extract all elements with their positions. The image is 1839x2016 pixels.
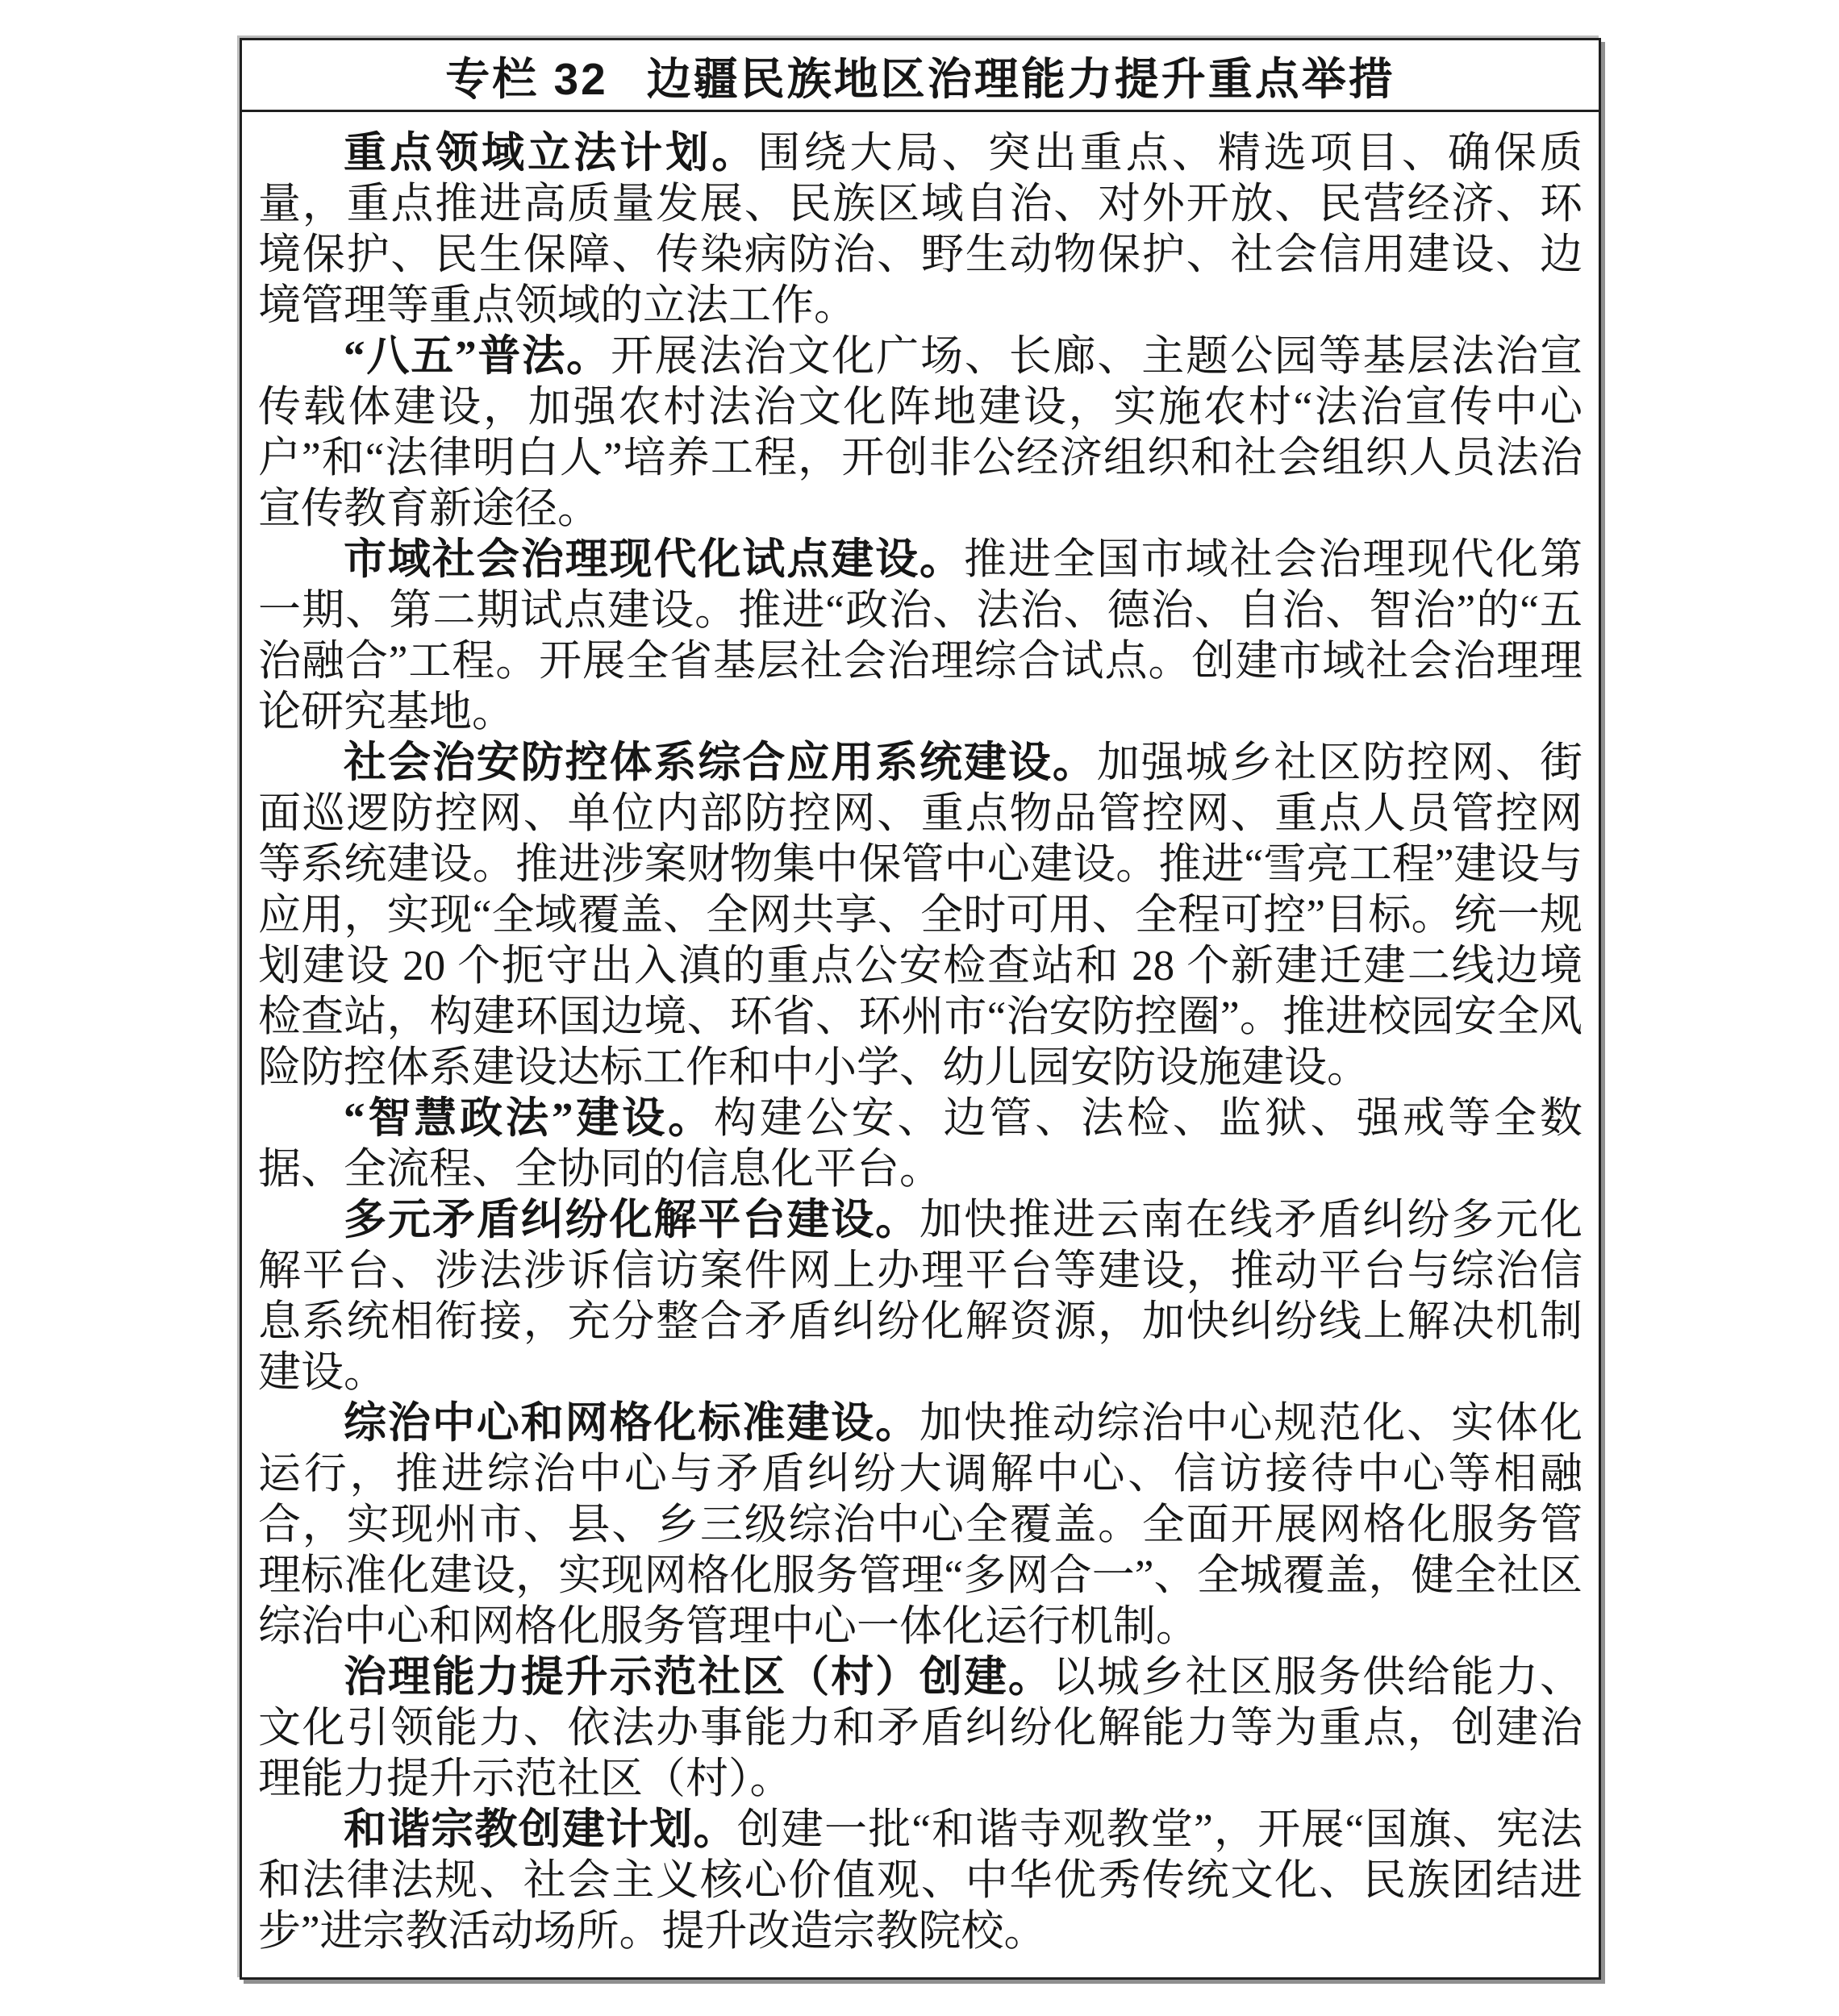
- paragraph-security-prevention-system: 社会治安防控体系综合应用系统建设。加强城乡社区防控网、街面巡逻防控网、单位内部防…: [258, 738, 1583, 1093]
- paragraph-city-governance-pilot: 市域社会治理现代化试点建设。推进全国市域社会治理现代化第一期、第二期试点建设。推…: [258, 535, 1583, 738]
- column-title: 边疆民族地区治理能力提升重点举措: [647, 44, 1395, 107]
- column-number-label: 专栏 32: [445, 44, 607, 107]
- paragraph-lead: 多元矛盾纠纷化解平台建设。: [344, 1197, 919, 1243]
- column-title-bar: 专栏 32 边疆民族地区治理能力提升重点举措: [242, 40, 1599, 112]
- paragraph-lead: 和谐宗教创建计划。: [344, 1806, 737, 1853]
- paragraph-dispute-resolution-platform: 多元矛盾纠纷化解平台建设。加快推进云南在线矛盾纠纷多元化解平台、涉法涉诉信访案件…: [258, 1195, 1583, 1398]
- paragraph-law-popularization: “八五”普法。开展法治文化广场、长廊、主题公园等基层法治宣传载体建设，加强农村法…: [258, 331, 1583, 535]
- paragraph-lead: “八五”普法。: [344, 333, 611, 380]
- paragraph-lead: 市域社会治理现代化试点建设。: [344, 536, 964, 583]
- paragraph-lead: 社会治安防控体系综合应用系统建设。: [344, 739, 1097, 786]
- column-box: 专栏 32 边疆民族地区治理能力提升重点举措 重点领域立法计划。围绕大局、突出重…: [240, 38, 1601, 1980]
- paragraph-lead: “智慧政法”建设。: [344, 1095, 714, 1142]
- paragraph-text: 加强城乡社区防控网、街面巡逻防控网、单位内部防控网、重点物品管控网、重点人员管控…: [258, 739, 1583, 1091]
- paragraph-smart-political-law: “智慧政法”建设。构建公安、边管、法检、监狱、强戒等全数据、全流程、全协同的信息…: [258, 1093, 1583, 1195]
- paragraph-lead: 治理能力提升示范社区（村）创建。: [344, 1654, 1053, 1701]
- paragraph-grid-standard-construction: 综治中心和网格化标准建设。加快推动综治中心规范化、实体化运行，推进综治中心与矛盾…: [258, 1398, 1583, 1652]
- paragraph-model-community-creation: 治理能力提升示范社区（村）创建。以城乡社区服务供给能力、文化引领能力、依法办事能…: [258, 1652, 1583, 1805]
- paragraph-harmonious-religion-plan: 和谐宗教创建计划。创建一批“和谐寺观教堂”，开展“国旗、宪法和法律法规、社会主义…: [258, 1805, 1583, 1957]
- paragraph-legislation-plan: 重点领域立法计划。围绕大局、突出重点、精选项目、确保质量，重点推进高质量发展、民…: [258, 128, 1583, 331]
- column-body: 重点领域立法计划。围绕大局、突出重点、精选项目、确保质量，重点推进高质量发展、民…: [242, 112, 1599, 1957]
- paragraph-lead: 重点领域立法计划。: [344, 130, 757, 177]
- paragraph-lead: 综治中心和网格化标准建设。: [344, 1400, 919, 1447]
